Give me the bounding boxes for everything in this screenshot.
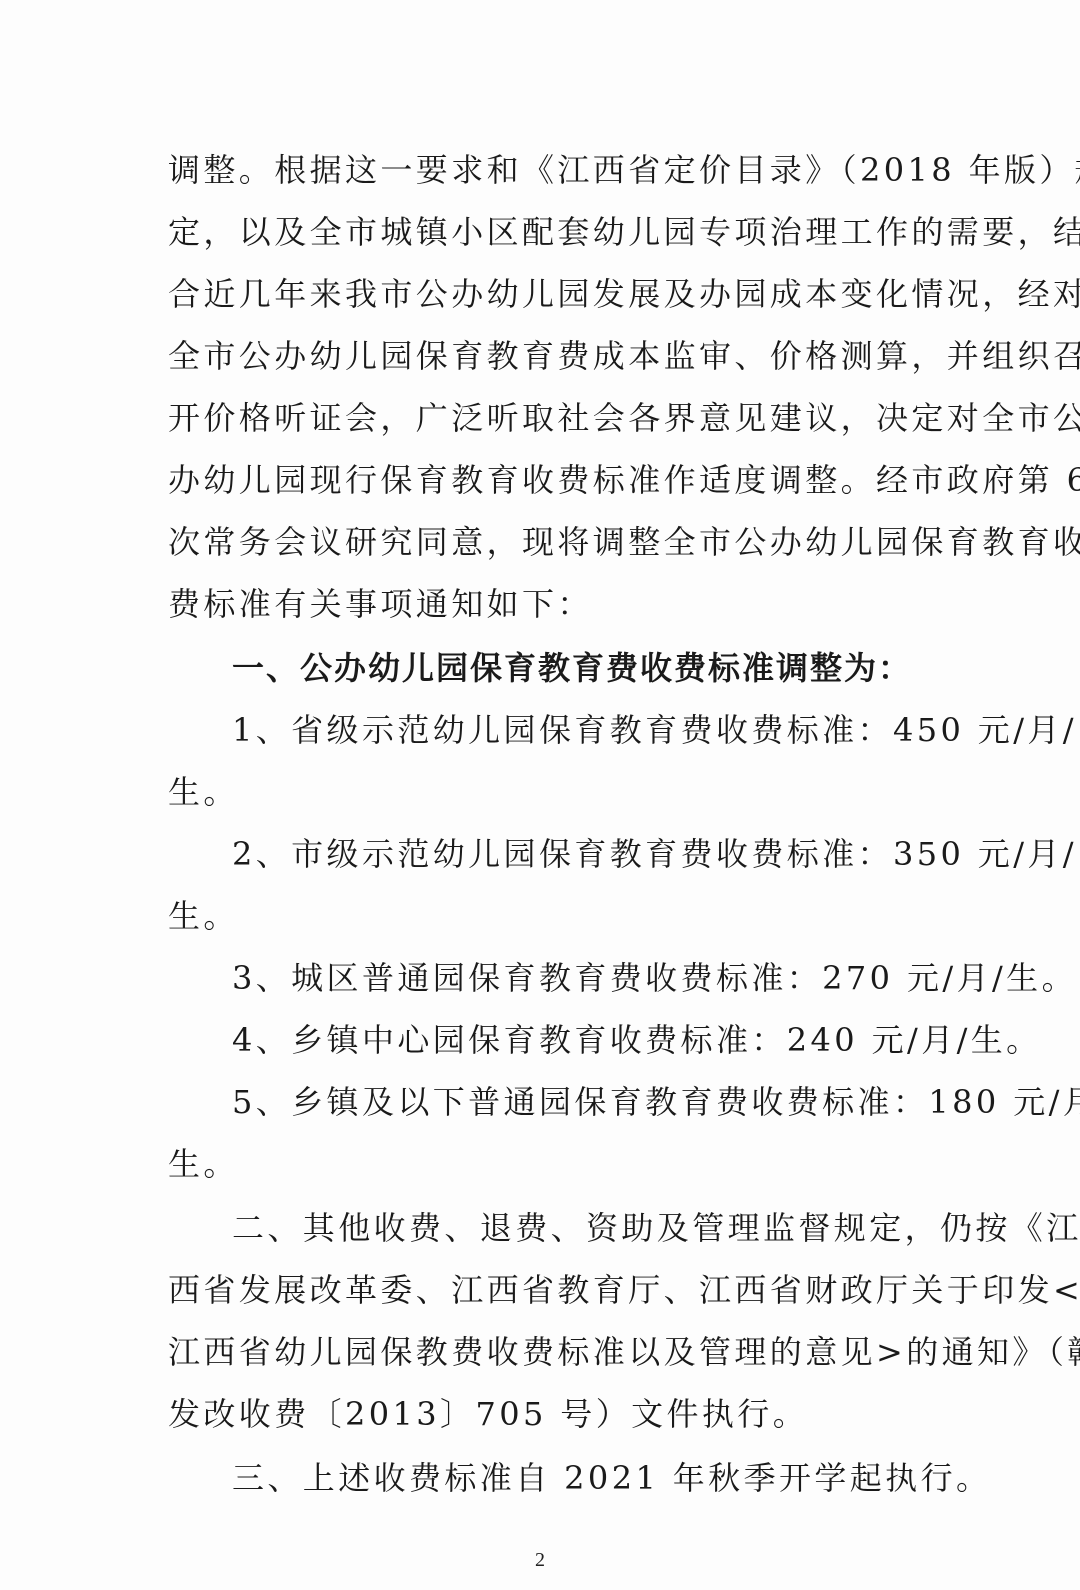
fee-item-1-continued: 生。 bbox=[168, 770, 960, 814]
fee-item-1: 1、省级示范幼儿园保育教育费收费标准：450 元/月/ bbox=[232, 708, 960, 752]
fee-item-3: 3、城区普通园保育教育费收费标准：270 元/月/生。 bbox=[232, 956, 960, 1000]
paragraph-line: 办幼儿园现行保育教育收费标准作适度调整。经市政府第 61 bbox=[168, 458, 960, 502]
document-page: 调整。根据这一要求和《江西省定价目录》（2018 年版）规 定，以及全市城镇小区… bbox=[0, 0, 1080, 1590]
fee-item-5: 5、乡镇及以下普通园保育教育费收费标准：180 元/月/ bbox=[232, 1080, 960, 1124]
paragraph-line: 定，以及全市城镇小区配套幼儿园专项治理工作的需要，结 bbox=[168, 210, 960, 254]
section-heading-2: 二、其他收费、退费、资助及管理监督规定，仍按《江 bbox=[232, 1206, 960, 1250]
paragraph-line: 西省发展改革委、江西省教育厅、江西省财政厅关于印发< bbox=[168, 1268, 960, 1312]
paragraph-line: 全市公办幼儿园保育教育费成本监审、价格测算，并组织召 bbox=[168, 334, 960, 378]
fee-item-5-continued: 生。 bbox=[168, 1142, 960, 1186]
paragraph-line: 调整。根据这一要求和《江西省定价目录》（2018 年版）规 bbox=[168, 148, 960, 192]
fee-item-2-continued: 生。 bbox=[168, 894, 960, 938]
section-heading-3: 三、上述收费标准自 2021 年秋季开学起执行。 bbox=[232, 1456, 960, 1500]
paragraph-line: 开价格听证会，广泛听取社会各界意见建议，决定对全市公 bbox=[168, 396, 960, 440]
section-heading-1: 一、公办幼儿园保育教育费收费标准调整为： bbox=[232, 646, 960, 690]
paragraph-line: 合近几年来我市公办幼儿园发展及办园成本变化情况，经对 bbox=[168, 272, 960, 316]
page-number: 2 bbox=[0, 1548, 1080, 1572]
paragraph-line: 发改收费〔2013〕705 号）文件执行。 bbox=[168, 1392, 960, 1436]
fee-item-2: 2、市级示范幼儿园保育教育费收费标准：350 元/月/ bbox=[232, 832, 960, 876]
paragraph-line: 江西省幼儿园保教费收费标准以及管理的意见>的通知》（赣 bbox=[168, 1330, 960, 1374]
fee-item-4: 4、乡镇中心园保育教育收费标准：240 元/月/生。 bbox=[232, 1018, 960, 1062]
paragraph-line: 次常务会议研究同意，现将调整全市公办幼儿园保育教育收 bbox=[168, 520, 960, 564]
paragraph-line: 费标准有关事项通知如下： bbox=[168, 582, 960, 626]
